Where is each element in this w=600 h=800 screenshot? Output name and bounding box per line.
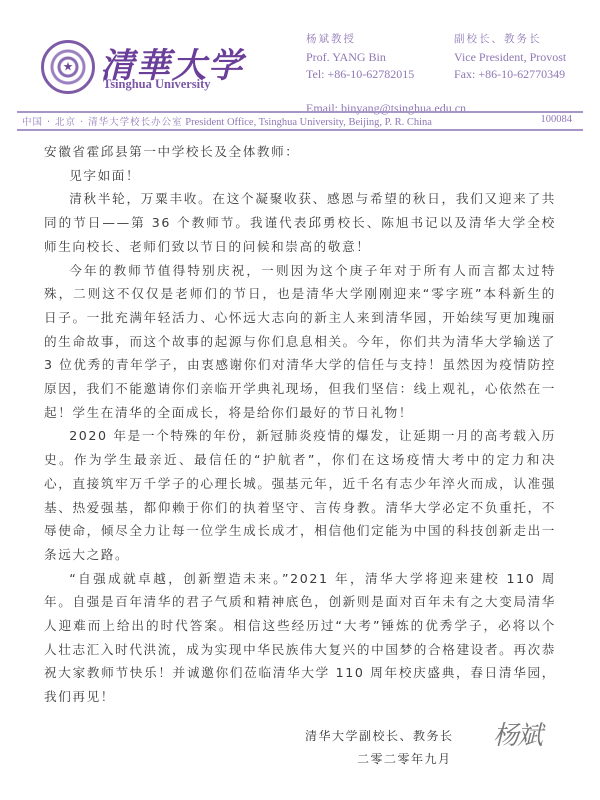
- contact-right: 副校长、教务长 Vice President, Provost Fax: +86…: [454, 31, 566, 84]
- greeting: 见字如面！: [44, 164, 556, 188]
- telephone: Tel: +86-10-62782015: [306, 66, 414, 84]
- signer-title: 清华大学副校长、教务长: [305, 727, 454, 744]
- address-chinese: 中国 · 北京 · 清华大学校长办公室: [22, 117, 183, 128]
- letterhead: 清華大学 Tsinghua University 杨斌教授 Prof. YANG…: [0, 0, 600, 130]
- handwritten-signature: 杨斌: [493, 715, 541, 752]
- address-english: President Office, Tsinghua University, B…: [185, 117, 432, 128]
- salutation: 安徽省霍邱县第一中学校长及全体教师：: [44, 140, 556, 164]
- paragraph: 今年的教师节值得特别庆祝，一则因为这个庚子年对于所有人而言都太过特殊，二则这不仅…: [44, 259, 556, 425]
- paragraph: 2020 年是一个特殊的年份，新冠肺炎疫情的爆发，让延期一月的高考载入历史。作为…: [44, 424, 556, 566]
- title-english: Vice President, Provost: [454, 49, 566, 67]
- paragraph: “自强成就卓越，创新塑造未来。”2021 年，清华大学将迎来建校 110 周年。…: [44, 567, 556, 709]
- contact-left: 杨斌教授 Prof. YANG Bin Tel: +86-10-62782015: [306, 31, 414, 84]
- divider-bottom: [17, 129, 583, 131]
- letter-body: 安徽省霍邱县第一中学校长及全体教师： 见字如面！ 清秋半轮，万粟丰收。在这个凝聚…: [44, 140, 556, 709]
- tsinghua-seal-icon: [41, 40, 95, 94]
- address-line: 中国 · 北京 · 清华大学校长办公室 President Office, Ts…: [22, 114, 578, 128]
- fax: Fax: +86-10-62770349: [454, 66, 566, 84]
- letter-date: 二零二零年九月: [357, 750, 452, 767]
- paragraph: 清秋半轮，万粟丰收。在这个凝聚收获、感恩与希望的秋日，我们又迎来了共同的节日——…: [44, 187, 556, 258]
- title-chinese: 副校长、教务长: [454, 31, 566, 49]
- logo-english: Tsinghua University: [103, 77, 211, 92]
- postal-code: 100084: [541, 114, 573, 125]
- divider-top: [17, 111, 583, 113]
- name-chinese: 杨斌教授: [306, 31, 414, 49]
- name-english: Prof. YANG Bin: [306, 49, 414, 67]
